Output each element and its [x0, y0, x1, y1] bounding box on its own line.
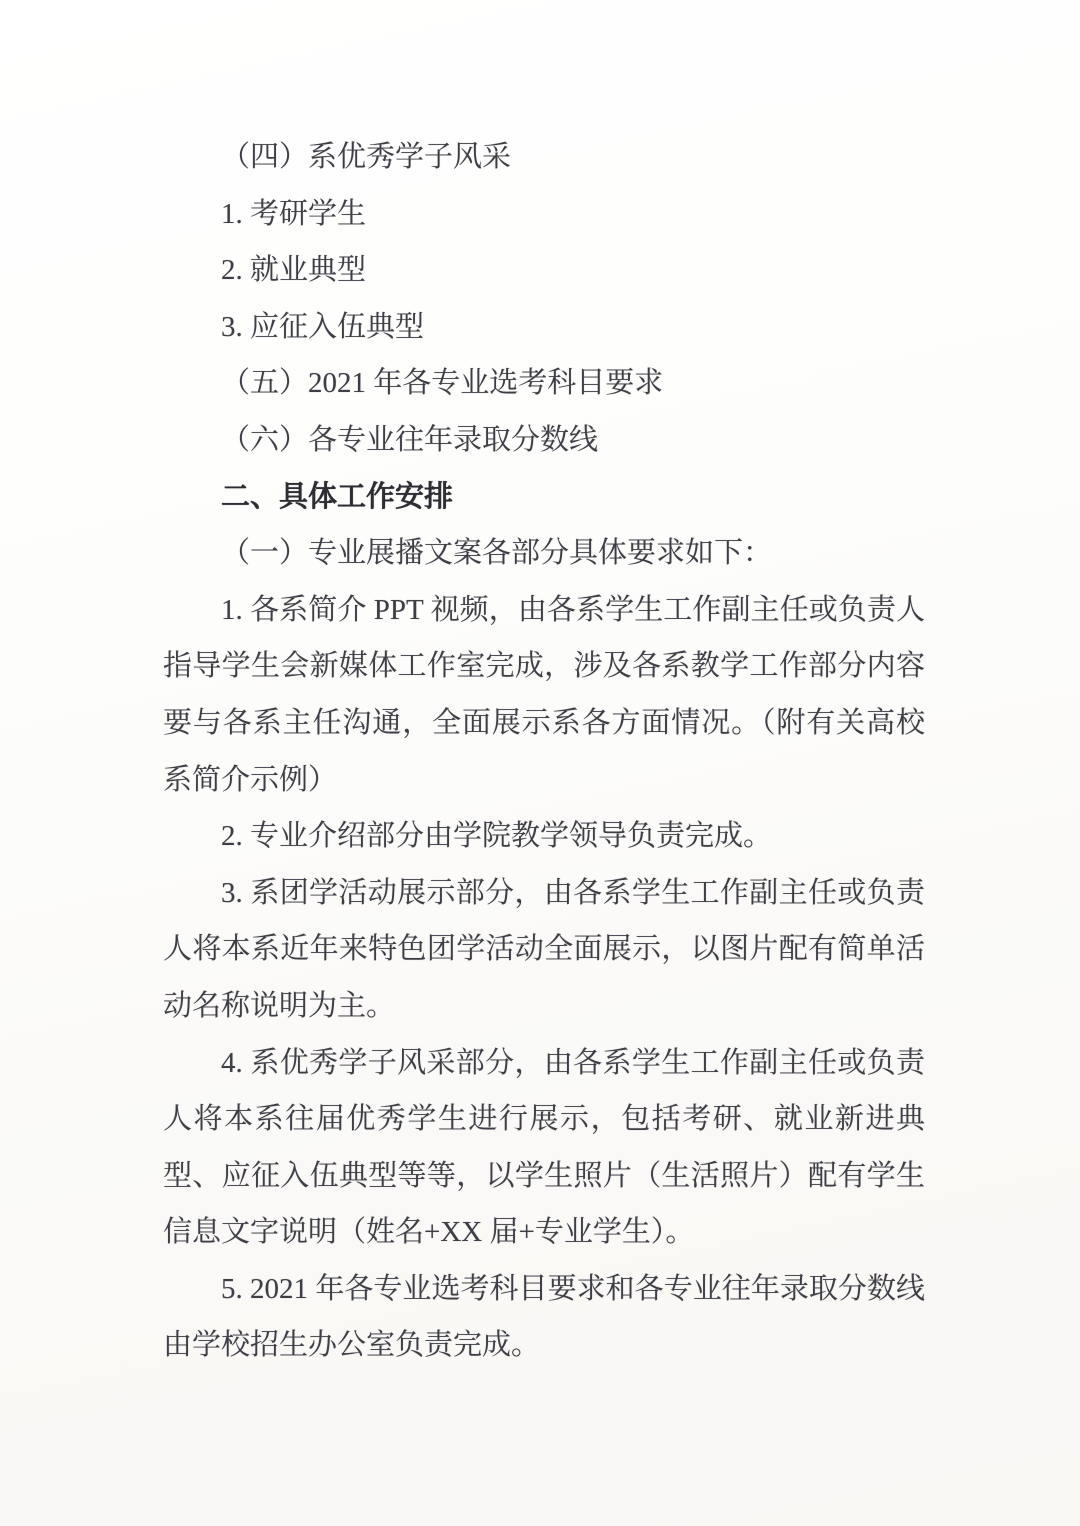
document-body: （四）系优秀学子风采1. 考研学生2. 就业典型3. 应征入伍典型（五）2021…: [163, 129, 925, 1374]
outline-item: （四）系优秀学子风采: [163, 129, 925, 186]
body-paragraph: 5. 2021 年各专业选考科目要求和各专业往年录取分数线由学校招生办公室负责完…: [163, 1261, 925, 1374]
body-paragraph: 3. 系团学活动展示部分，由各系学生工作副主任或负责人将本系近年来特色团学活动全…: [163, 865, 925, 1035]
document-page: （四）系优秀学子风采1. 考研学生2. 就业典型3. 应征入伍典型（五）2021…: [0, 0, 1080, 1526]
outline-item: 1. 考研学生: [163, 186, 925, 243]
body-paragraph: 1. 各系简介 PPT 视频，由各系学生工作副主任或负责人指导学生会新媒体工作室…: [163, 582, 925, 808]
body-paragraph: 4. 系优秀学子风采部分，由各系学生工作副主任或负责人将本系往届优秀学生进行展示…: [163, 1035, 925, 1261]
outline-item: 3. 应征入伍典型: [163, 299, 925, 356]
section-heading: 二、具体工作安排: [163, 469, 925, 526]
outline-item: 2. 就业典型: [163, 242, 925, 299]
sub-section-heading: （一）专业展播文案各部分具体要求如下：: [163, 525, 925, 582]
outline-item: （六）各专业往年录取分数线: [163, 412, 925, 469]
body-paragraph: 2. 专业介绍部分由学院教学领导负责完成。: [163, 808, 925, 865]
outline-item: （五）2021 年各专业选考科目要求: [163, 355, 925, 412]
